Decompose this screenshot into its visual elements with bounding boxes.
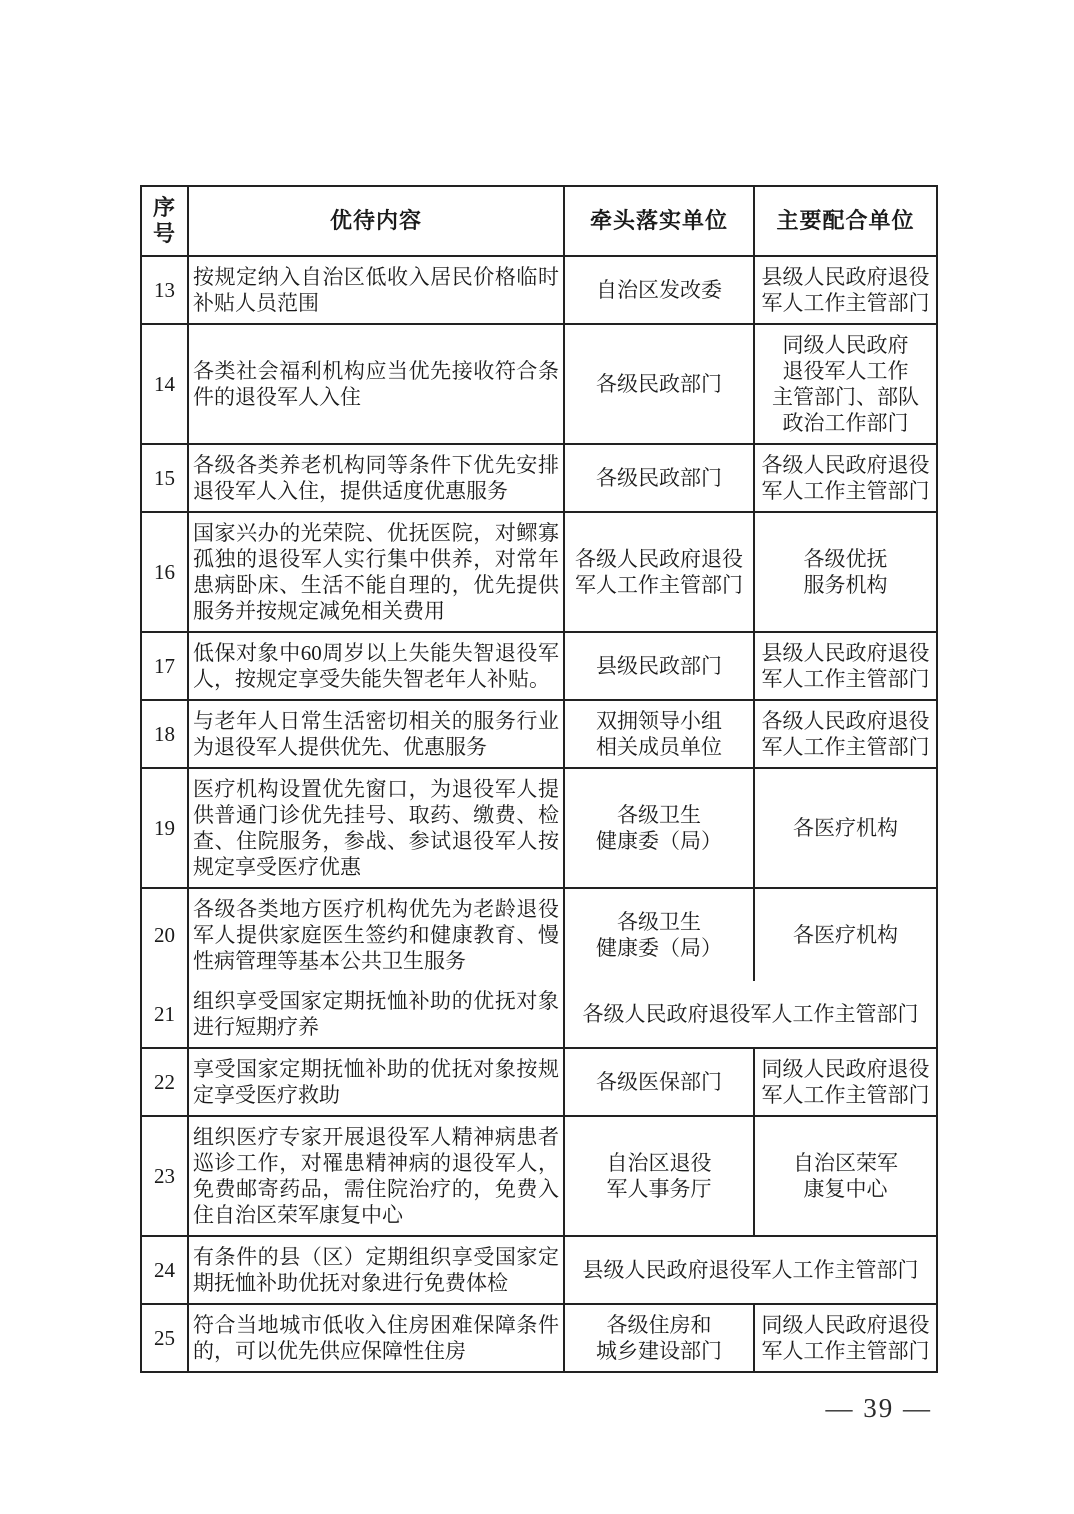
- cell-lead-unit: 各级人民政府退役 军人工作主管部门: [564, 512, 754, 632]
- table-row: 16国家兴办的光荣院、优抚医院，对鳏寡孤独的退役军人实行集中供养，对常年患病卧床…: [141, 512, 937, 632]
- cell-support-unit: 各级人民政府退役 军人工作主管部门: [754, 700, 937, 768]
- cell-serial-number: 18: [141, 700, 188, 768]
- cell-support-unit: 各级人民政府退役 军人工作主管部门: [754, 444, 937, 512]
- cell-lead-and-support-unit: 各级人民政府退役军人工作主管部门: [564, 981, 937, 1048]
- cell-serial-number: 14: [141, 324, 188, 444]
- benefits-table: 序号 优待内容 牵头落实单位 主要配合单位 13按规定纳入自治区低收入居民价格临…: [140, 185, 938, 1373]
- cell-serial-number: 19: [141, 768, 188, 888]
- cell-benefit-content: 享受国家定期抚恤补助的优抚对象按规定享受医疗救助: [188, 1048, 564, 1116]
- table-body: 13按规定纳入自治区低收入居民价格临时补贴人员范围自治区发改委县级人民政府退役 …: [141, 256, 937, 1372]
- cell-lead-and-support-unit: 县级人民政府退役军人工作主管部门: [564, 1236, 937, 1304]
- cell-lead-unit: 自治区发改委: [564, 256, 754, 324]
- table-row: 24有条件的县（区）定期组织享受国家定期抚恤补助优抚对象进行免费体检县级人民政府…: [141, 1236, 937, 1304]
- cell-benefit-content: 符合当地城市低收入住房困难保障条件的，可以优先供应保障性住房: [188, 1304, 564, 1372]
- cell-benefit-content: 组织享受国家定期抚恤补助的优抚对象进行短期疗养: [188, 981, 564, 1048]
- cell-serial-number: 20: [141, 888, 188, 981]
- cell-benefit-content: 与老年人日常生活密切相关的服务行业为退役军人提供优先、优惠服务: [188, 700, 564, 768]
- cell-benefit-content: 各级各类地方医疗机构优先为老龄退役军人提供家庭医生签约和健康教育、慢性病管理等基…: [188, 888, 564, 981]
- table-row: 14各类社会福利机构应当优先接收符合条件的退役军人入住各级民政部门同级人民政府 …: [141, 324, 937, 444]
- cell-benefit-content: 国家兴办的光荣院、优抚医院，对鳏寡孤独的退役军人实行集中供养，对常年患病卧床、生…: [188, 512, 564, 632]
- cell-lead-unit: 各级民政部门: [564, 444, 754, 512]
- cell-benefit-content: 低保对象中60周岁以上失能失智退役军人，按规定享受失能失智老年人补贴。: [188, 632, 564, 700]
- table-row: 17低保对象中60周岁以上失能失智退役军人，按规定享受失能失智老年人补贴。县级民…: [141, 632, 937, 700]
- cell-benefit-content: 按规定纳入自治区低收入居民价格临时补贴人员范围: [188, 256, 564, 324]
- cell-support-unit: 同级人民政府退役 军人工作主管部门: [754, 1048, 937, 1116]
- cell-support-unit: 各医疗机构: [754, 888, 937, 981]
- cell-lead-unit: 各级卫生 健康委（局）: [564, 888, 754, 981]
- cell-benefit-content: 各级各类养老机构同等条件下优先安排退役军人入住，提供适度优惠服务: [188, 444, 564, 512]
- table-row: 20各级各类地方医疗机构优先为老龄退役军人提供家庭医生签约和健康教育、慢性病管理…: [141, 888, 937, 981]
- cell-serial-number: 22: [141, 1048, 188, 1116]
- cell-lead-unit: 县级民政部门: [564, 632, 754, 700]
- cell-benefit-content: 医疗机构设置优先窗口，为退役军人提供普通门诊优先挂号、取药、缴费、检查、住院服务…: [188, 768, 564, 888]
- table-row: 21组织享受国家定期抚恤补助的优抚对象进行短期疗养各级人民政府退役军人工作主管部…: [141, 981, 937, 1048]
- header-benefit-content: 优待内容: [188, 186, 564, 256]
- table-row: 22享受国家定期抚恤补助的优抚对象按规定享受医疗救助各级医保部门同级人民政府退役…: [141, 1048, 937, 1116]
- header-serial-number: 序号: [141, 186, 188, 256]
- cell-support-unit: 各医疗机构: [754, 768, 937, 888]
- document-page: 序号 优待内容 牵头落实单位 主要配合单位 13按规定纳入自治区低收入居民价格临…: [140, 185, 936, 1424]
- cell-lead-unit: 自治区退役 军人事务厅: [564, 1116, 754, 1236]
- cell-serial-number: 17: [141, 632, 188, 700]
- cell-serial-number: 25: [141, 1304, 188, 1372]
- cell-support-unit: 各级优抚 服务机构: [754, 512, 937, 632]
- table-header-row: 序号 优待内容 牵头落实单位 主要配合单位: [141, 186, 937, 256]
- table-row: 23组织医疗专家开展退役军人精神病患者巡诊工作，对罹患精神病的退役军人，免费邮寄…: [141, 1116, 937, 1236]
- cell-support-unit: 县级人民政府退役 军人工作主管部门: [754, 256, 937, 324]
- header-support-unit: 主要配合单位: [754, 186, 937, 256]
- cell-lead-unit: 各级医保部门: [564, 1048, 754, 1116]
- cell-support-unit: 自治区荣军 康复中心: [754, 1116, 937, 1236]
- cell-serial-number: 21: [141, 981, 188, 1048]
- table-row: 13按规定纳入自治区低收入居民价格临时补贴人员范围自治区发改委县级人民政府退役 …: [141, 256, 937, 324]
- cell-serial-number: 16: [141, 512, 188, 632]
- cell-lead-unit: 双拥领导小组 相关成员单位: [564, 700, 754, 768]
- cell-serial-number: 15: [141, 444, 188, 512]
- cell-support-unit: 县级人民政府退役 军人工作主管部门: [754, 632, 937, 700]
- table-row: 15各级各类养老机构同等条件下优先安排退役军人入住，提供适度优惠服务各级民政部门…: [141, 444, 937, 512]
- page-number: — 39 —: [140, 1393, 936, 1424]
- cell-benefit-content: 有条件的县（区）定期组织享受国家定期抚恤补助优抚对象进行免费体检: [188, 1236, 564, 1304]
- cell-benefit-content: 各类社会福利机构应当优先接收符合条件的退役军人入住: [188, 324, 564, 444]
- table-row: 18与老年人日常生活密切相关的服务行业为退役军人提供优先、优惠服务双拥领导小组 …: [141, 700, 937, 768]
- cell-serial-number: 23: [141, 1116, 188, 1236]
- cell-lead-unit: 各级民政部门: [564, 324, 754, 444]
- cell-support-unit: 同级人民政府 退役军人工作 主管部门、部队 政治工作部门: [754, 324, 937, 444]
- table-row: 19医疗机构设置优先窗口，为退役军人提供普通门诊优先挂号、取药、缴费、检查、住院…: [141, 768, 937, 888]
- cell-benefit-content: 组织医疗专家开展退役军人精神病患者巡诊工作，对罹患精神病的退役军人，免费邮寄药品…: [188, 1116, 564, 1236]
- cell-lead-unit: 各级住房和 城乡建设部门: [564, 1304, 754, 1372]
- cell-support-unit: 同级人民政府退役 军人工作主管部门: [754, 1304, 937, 1372]
- cell-lead-unit: 各级卫生 健康委（局）: [564, 768, 754, 888]
- header-lead-unit: 牵头落实单位: [564, 186, 754, 256]
- cell-serial-number: 24: [141, 1236, 188, 1304]
- cell-serial-number: 13: [141, 256, 188, 324]
- table-row: 25符合当地城市低收入住房困难保障条件的，可以优先供应保障性住房各级住房和 城乡…: [141, 1304, 937, 1372]
